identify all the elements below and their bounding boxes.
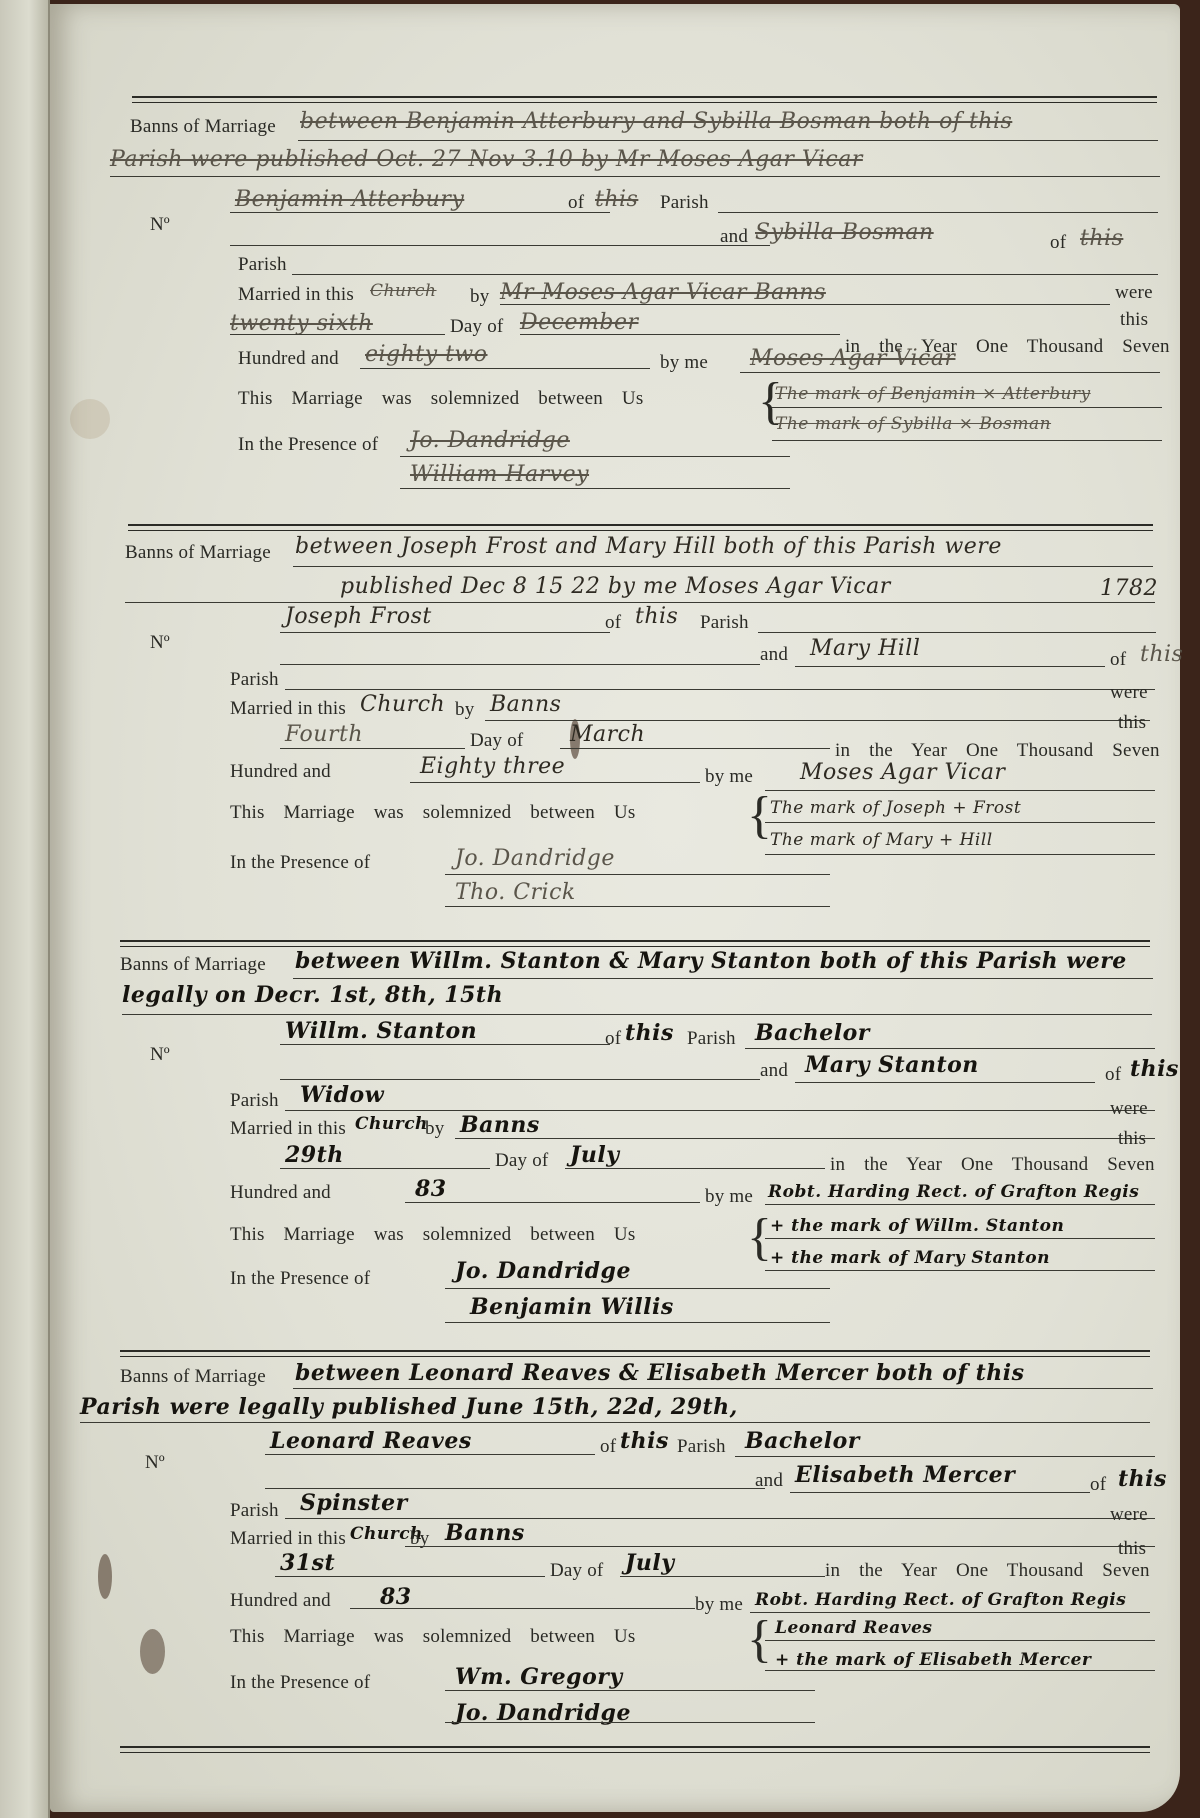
banns-text-line1: between Benjamin Atterbury and Sybilla B…: [300, 109, 1012, 134]
parish-label: Parish: [700, 612, 749, 634]
solemnized-label: This Marriage was solemnized between Us: [230, 802, 635, 824]
of-label: of: [600, 1436, 616, 1458]
in-the-year-label: in the Year One Thousand Seven: [830, 1154, 1155, 1176]
banns-text-line2: legally on Decr. 1st, 8th, 15th: [122, 982, 503, 1008]
parish-label: Parish: [677, 1436, 726, 1458]
by-label: by: [425, 1118, 444, 1140]
this-label: this: [1120, 309, 1148, 331]
entry-number-label: Nº: [150, 214, 170, 236]
this-label: this: [1118, 1538, 1146, 1560]
were-label: were: [1110, 1098, 1148, 1120]
signature-groom: The mark of Benjamin × Atterbury: [775, 384, 1091, 404]
hundred-and-label: Hundred and: [230, 1182, 331, 1204]
parish-label: Parish: [230, 1090, 279, 1112]
parish-label: Parish: [230, 1500, 279, 1522]
bride-name: Sybilla Bosman: [755, 220, 934, 245]
in-the-year-label: in the Year One Thousand Seven: [825, 1560, 1150, 1582]
presence-label: In the Presence of: [230, 1268, 370, 1290]
banns-text-line1: between Leonard Reaves & Elisabeth Merce…: [295, 1360, 1025, 1386]
by-label: by: [455, 699, 474, 721]
and-label: and: [760, 644, 788, 666]
groom-parish: this: [620, 1428, 669, 1454]
married-in-this-label: Married in this: [230, 1118, 346, 1140]
officiant: Robt. Harding Rect. of Grafton Regis: [755, 1590, 1126, 1610]
this-label: this: [1118, 1128, 1146, 1150]
of-label: of: [605, 1028, 621, 1050]
banns-text-line2: published Dec 8 15 22 by me Moses Agar V…: [340, 574, 891, 599]
groom-name: Willm. Stanton: [285, 1018, 477, 1044]
parish-label: Parish: [660, 192, 709, 214]
bride-parish: this: [1140, 642, 1183, 667]
bride-parish: this: [1080, 226, 1123, 251]
married-by: Banns: [460, 1112, 540, 1138]
and-label: and: [720, 226, 748, 248]
signature-brace: {: [747, 790, 772, 842]
marriage-year: 83: [415, 1176, 447, 1202]
married-in-this-label: Married in this: [238, 284, 354, 306]
officiant: Moses Agar Vicar: [800, 760, 1005, 785]
witness-2: William Harvey: [410, 462, 589, 487]
banns-text-line2: Parish were legally published June 15th,…: [80, 1394, 738, 1420]
by-me-label: by me: [660, 352, 708, 374]
entry-number-label: Nº: [150, 1044, 170, 1066]
ink-stain: [140, 1629, 165, 1674]
of-label: of: [568, 192, 584, 214]
presence-label: In the Presence of: [230, 1672, 370, 1694]
this-label: this: [1118, 712, 1146, 734]
banns-label: Banns of Marriage: [120, 1366, 266, 1388]
parish-label: Parish: [687, 1028, 736, 1050]
marriage-place: Church: [355, 1114, 428, 1134]
groom-status: Bachelor: [755, 1020, 870, 1046]
marriage-day: 31st: [280, 1550, 335, 1576]
witness-1: Wm. Gregory: [455, 1664, 623, 1690]
marriage-month: December: [520, 310, 638, 335]
by-me-label: by me: [705, 766, 753, 788]
hundred-and-label: Hundred and: [238, 348, 339, 370]
hundred-and-label: Hundred and: [230, 1590, 331, 1612]
entry-number-label: Nº: [145, 1452, 165, 1474]
signature-groom: The mark of Joseph + Frost: [770, 798, 1021, 818]
groom-name: Benjamin Atterbury: [235, 187, 464, 212]
bride-status: Widow: [300, 1082, 384, 1108]
facing-page-edge: [0, 0, 50, 1818]
marriage-day: 29th: [285, 1142, 344, 1168]
were-label: were: [1110, 682, 1148, 704]
bride-parish: this: [1130, 1056, 1179, 1082]
witness-1: Jo. Dandridge: [410, 428, 570, 453]
banns-text-line1: between Joseph Frost and Mary Hill both …: [295, 534, 1002, 559]
banns-text-line1: between Willm. Stanton & Mary Stanton bo…: [295, 948, 1127, 974]
banns-label: Banns of Marriage: [120, 954, 266, 976]
groom-parish: this: [635, 604, 678, 629]
groom-parish: this: [625, 1020, 674, 1046]
banns-label: Banns of Marriage: [125, 542, 271, 564]
entry-number-label: Nº: [150, 632, 170, 654]
and-label: and: [755, 1470, 783, 1492]
signature-bride: + the mark of Elisabeth Mercer: [775, 1650, 1091, 1670]
of-label: of: [1050, 232, 1066, 254]
by-label: by: [470, 286, 489, 308]
witness-2: Benjamin Willis: [470, 1294, 674, 1320]
groom-name: Joseph Frost: [285, 604, 432, 629]
ink-stain: [98, 1554, 112, 1599]
witness-1: Jo. Dandridge: [455, 846, 615, 871]
groom-name: Leonard Reaves: [270, 1428, 472, 1454]
married-by: Banns: [445, 1520, 525, 1546]
marriage-day: twenty sixth: [230, 311, 373, 336]
bride-name: Elisabeth Mercer: [795, 1462, 1015, 1488]
by-me-label: by me: [705, 1186, 753, 1208]
day-of-label: Day of: [470, 730, 523, 752]
bride-status: Spinster: [300, 1490, 408, 1516]
were-label: were: [1115, 282, 1153, 304]
signature-groom: Leonard Reaves: [775, 1618, 932, 1638]
married-by: Mr Moses Agar Vicar Banns: [500, 280, 826, 305]
presence-label: In the Presence of: [230, 852, 370, 874]
were-label: were: [1110, 1504, 1148, 1526]
marriage-month: March: [570, 722, 645, 747]
signature-bride: + the mark of Mary Stanton: [770, 1248, 1050, 1268]
day-of-label: Day of: [495, 1150, 548, 1172]
marriage-year: eighty two: [365, 342, 488, 367]
hundred-and-label: Hundred and: [230, 761, 331, 783]
register-page: Banns of Marriage between Benjamin Atter…: [50, 4, 1180, 1812]
solemnized-label: This Marriage was solemnized between Us: [230, 1626, 635, 1648]
of-label: of: [605, 612, 621, 634]
by-me-label: by me: [695, 1594, 743, 1616]
solemnized-label: This Marriage was solemnized between Us: [238, 388, 643, 410]
marriage-month: July: [625, 1550, 675, 1576]
marriage-place: Church: [370, 281, 437, 301]
in-the-year-label: in the Year One Thousand Seven: [835, 740, 1160, 762]
marriage-year: Eighty three: [420, 754, 565, 779]
officiant: Robt. Harding Rect. of Grafton Regis: [768, 1182, 1139, 1202]
witness-1: Jo. Dandridge: [455, 1258, 631, 1284]
presence-label: In the Presence of: [238, 434, 378, 456]
married-in-this-label: Married in this: [230, 698, 346, 720]
marriage-day: Fourth: [285, 722, 363, 747]
of-label: of: [1090, 1474, 1106, 1496]
signature-groom: + the mark of Willm. Stanton: [770, 1216, 1064, 1236]
married-in-this-label: Married in this: [230, 1528, 346, 1550]
officiant: Moses Agar Vicar: [750, 346, 955, 371]
and-label: and: [760, 1060, 788, 1082]
solemnized-label: This Marriage was solemnized between Us: [230, 1224, 635, 1246]
marriage-year: 83: [380, 1584, 412, 1610]
day-of-label: Day of: [450, 316, 503, 338]
witness-2: Tho. Crick: [455, 880, 576, 905]
ink-stain: [70, 399, 110, 439]
groom-parish: this: [595, 187, 638, 212]
bride-name: Mary Hill: [810, 636, 920, 661]
bride-parish: this: [1118, 1466, 1167, 1492]
of-label: of: [1110, 649, 1126, 671]
banns-label: Banns of Marriage: [130, 116, 276, 138]
day-of-label: Day of: [550, 1560, 603, 1582]
marriage-place: Church: [360, 692, 445, 717]
margin-year-note: 1782: [1100, 576, 1158, 601]
groom-status: Bachelor: [745, 1428, 860, 1454]
bride-name: Mary Stanton: [805, 1052, 979, 1078]
of-label: of: [1105, 1064, 1121, 1086]
signature-bride: The mark of Sybilla × Bosman: [775, 414, 1051, 434]
parish-label: Parish: [230, 669, 279, 691]
married-by: Banns: [490, 692, 561, 717]
signature-bride: The mark of Mary + Hill: [770, 830, 993, 850]
marriage-month: July: [570, 1142, 620, 1168]
parish-label: Parish: [238, 254, 287, 276]
banns-text-line2: Parish were published Oct. 27 Nov 3.10 b…: [110, 147, 863, 172]
